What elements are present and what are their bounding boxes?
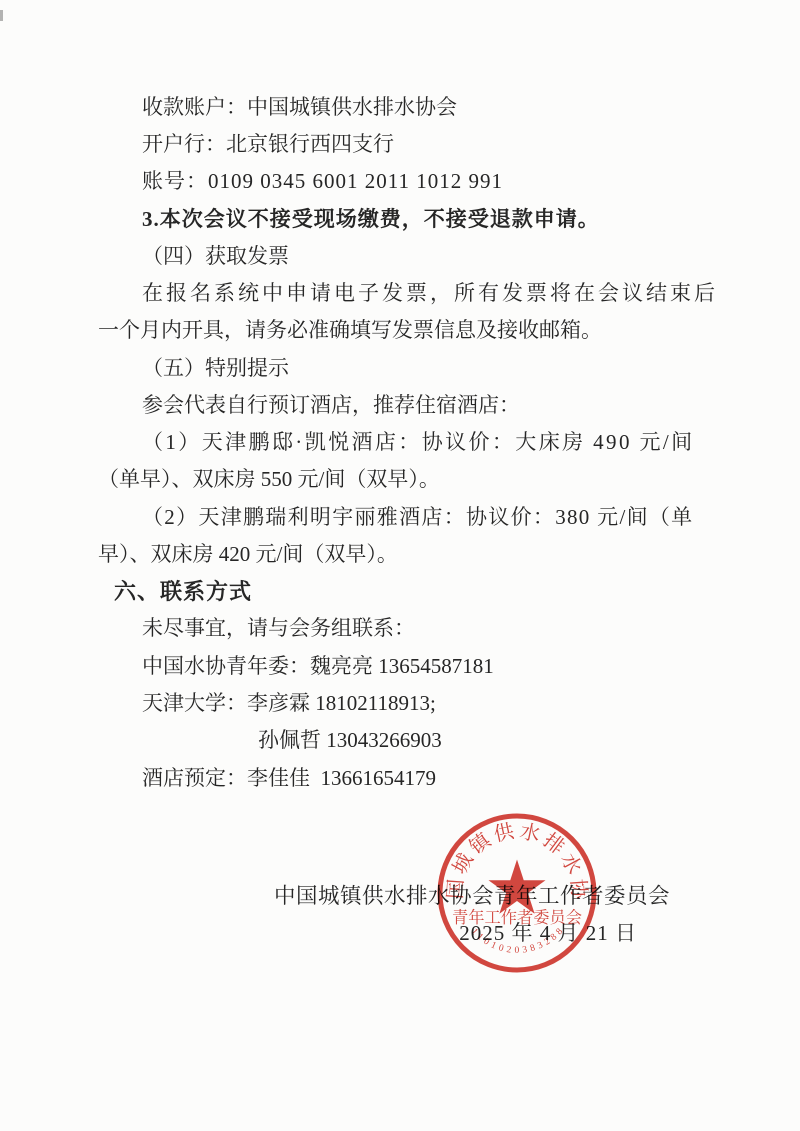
line-contact-tianjin-univ: 天津大学：李彦霖 18102118913;	[98, 685, 742, 722]
seal-committee-text: 青年工作者委员会	[452, 907, 582, 927]
line-hotel-1-price-a: （1）天津鹏邸·凯悦酒店：协议价：大床房 490 元/间	[98, 424, 742, 461]
line-section-invoice-title: （四）获取发票	[98, 238, 742, 275]
line-invoice-text-1: 在报名系统中申请电子发票，所有发票将在会议结束后	[98, 275, 742, 312]
scan-artifact	[0, 10, 3, 21]
star-icon	[488, 860, 545, 914]
line-bank-branch: 开户行：北京银行西四支行	[98, 126, 742, 163]
document-page: 收款账户：中国城镇供水排水协会 开户行：北京银行西四支行 账号：0109 034…	[0, 0, 800, 1131]
line-section-notice-title: （五）特别提示	[98, 350, 742, 387]
official-seal: 中国城镇供水排水协会 青年工作者委员会 1101020383288	[417, 793, 617, 993]
line-no-onsite-payment: 3.本次会议不接受现场缴费，不接受退款申请。	[98, 201, 742, 238]
heading-contact-info: 六、联系方式	[98, 573, 714, 610]
line-contact-sun-peizhe: 孙佩哲 13043266903	[98, 722, 800, 759]
line-contact-intro: 未尽事宜，请与会务组联系：	[98, 610, 742, 647]
line-account-number: 账号：0109 0345 6001 2011 1012 991	[98, 163, 742, 200]
line-contact-youth-committee: 中国水协青年委：魏亮亮 13654587181	[98, 648, 742, 685]
line-hotel-2-price-b: 早）、双床房 420 元/间（双早）。	[98, 536, 698, 573]
line-hotel-1-price-b: （单早）、双床房 550 元/间（双早）。	[98, 461, 698, 498]
line-receiving-account: 收款账户：中国城镇供水排水协会	[98, 89, 742, 126]
seal-registration-code: 1101020383288	[469, 927, 565, 956]
line-contact-hotel-booking: 酒店预定：李佳佳 13661654179	[98, 760, 742, 797]
line-hotel-intro: 参会代表自行预订酒店，推荐住宿酒店：	[98, 387, 742, 424]
line-hotel-2-price-a: （2）天津鹏瑞利明宇丽雅酒店：协议价：380 元/间（单	[98, 499, 742, 536]
line-invoice-text-2: 一个月内开具，请务必准确填写发票信息及接收邮箱。	[98, 312, 698, 349]
